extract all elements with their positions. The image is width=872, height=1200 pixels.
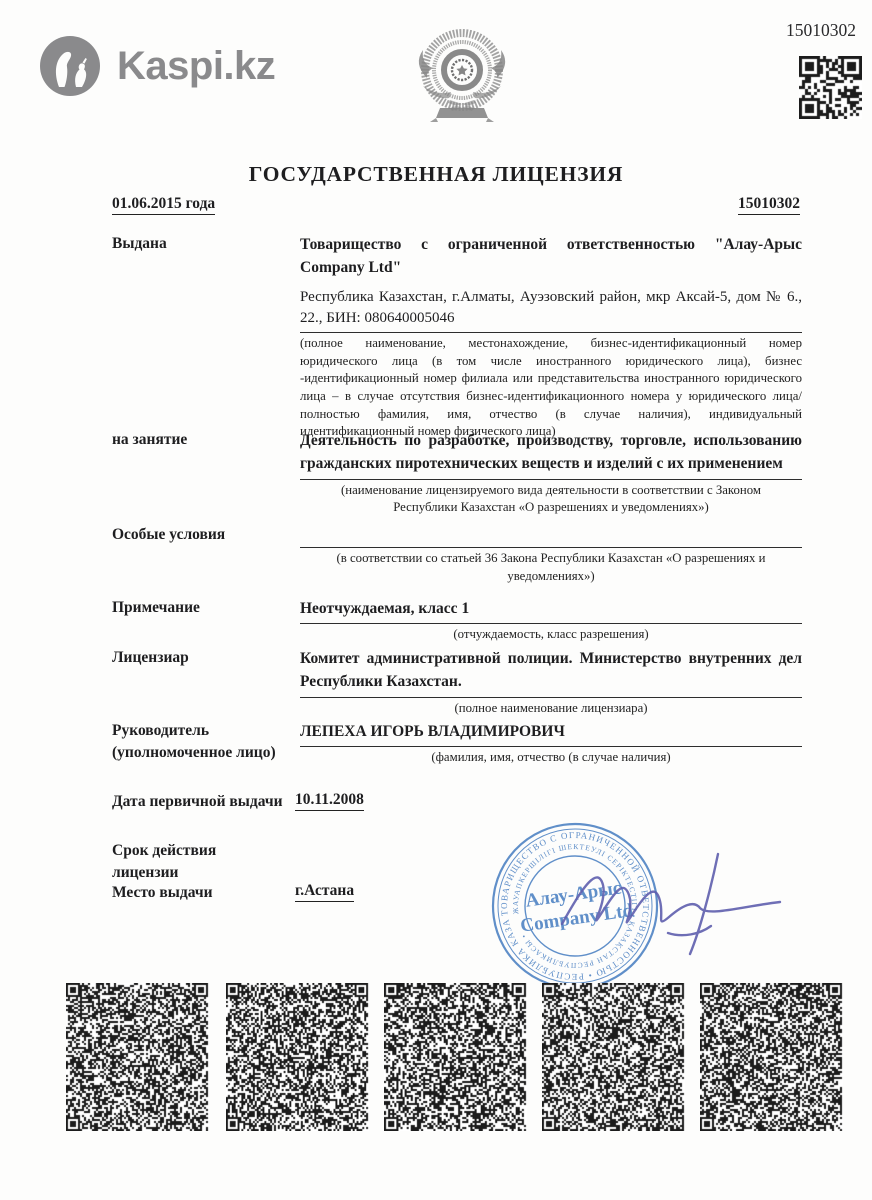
divider [300,547,802,548]
remark-value: Неотчуждаемая, класс 1 [300,597,802,620]
license-number: 15010302 [738,195,800,215]
barcode-block-2 [226,983,369,1131]
field-label: Руководитель (уполномоченное лицо) [112,720,297,763]
section-head: Руководитель (уполномоченное лицо) ЛЕПЕХ… [0,720,872,767]
field-label: Выдана [112,233,297,255]
field-note: (в соответствии со статьей 36 Закона Рес… [316,550,786,585]
kaspi-goose-icon [38,34,102,98]
company-address: Республика Казахстан, г.Алматы, Ауэзовск… [300,287,802,330]
field-note: (фамилия, имя, отчество (в случае наличи… [316,749,786,767]
signature [548,838,798,973]
field-label-line1: Руководитель [112,720,297,742]
kaspi-logo: Kaspi.kz [38,34,275,98]
section-remark: Примечание Неотчуждаемая, класс 1 (отчуж… [0,597,872,644]
place-value: г.Астана [295,882,354,902]
divider [300,623,802,624]
barcode-block-5 [700,983,843,1131]
divider [300,746,802,747]
document-number-top: 15010302 [786,20,856,41]
field-label: Особые условия [112,524,297,546]
field-note: (полное наименование лицензиара) [316,700,786,718]
head-value: ЛЕПЕХА ИГОРЬ ВЛАДИМИРОВИЧ [300,720,802,743]
qr-code-icon [799,56,862,119]
section-issued-to: Выдана Товарищество с ограниченной ответ… [0,233,872,441]
licensor-value: Комитет административной полиции. Минист… [300,647,802,694]
field-note: (полное наименование, местонахождение, б… [300,335,802,441]
field-label: на занятие [112,429,297,451]
field-label-line1: Срок действия [112,840,297,862]
field-label: Место выдачи [112,882,297,904]
kaspi-brand-text: Kaspi.kz [117,44,275,89]
special-conditions-value [300,524,802,544]
section-special-conditions: Особые условия (в соответствии со статье… [0,524,872,585]
company-name: Товарищество с ограниченной ответственно… [300,233,802,280]
section-activity: на занятие Деятельность по разработке, п… [0,429,872,517]
section-licensor: Лицензиар Комитет административной полиц… [0,647,872,717]
divider [300,697,802,698]
field-label-line2: лицензии [112,862,297,884]
issue-date: 01.06.2015 года [112,195,215,215]
section-first-issue: Дата первичной выдачи 10.11.2008 [0,791,872,815]
barcode-block-1 [66,983,209,1131]
first-issue-date: 10.11.2008 [295,791,364,811]
barcode-block-3 [384,983,527,1131]
activity-value: Деятельность по разработке, производству… [300,429,802,476]
field-label: Примечание [112,597,297,619]
field-label-line2: (уполномоченное лицо) [112,742,297,764]
license-document: Kaspi.kz 15010302 ГОСУДАРСТВЕННАЯ ЛИЦЕНЗ… [0,0,872,1200]
field-note: (наименование лицензируемого вида деятел… [316,482,786,517]
meta-row: 01.06.2015 года 15010302 [0,195,872,219]
divider [300,479,802,480]
barcode-block-4 [542,983,685,1131]
divider [300,332,802,333]
page-title: ГОСУДАРСТВЕННАЯ ЛИЦЕНЗИЯ [0,162,872,187]
kazakhstan-coat-of-arms-icon [393,20,531,138]
field-label: Срок действия лицензии [112,840,297,883]
field-note: (отчуждаемость, класс разрешения) [316,626,786,644]
field-label: Лицензиар [112,647,297,669]
